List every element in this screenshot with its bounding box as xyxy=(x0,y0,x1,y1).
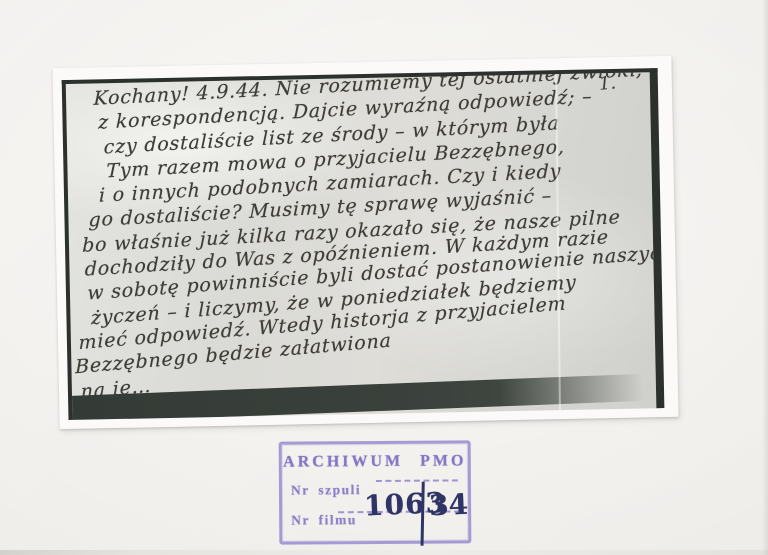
scan-bottom-edge xyxy=(0,550,768,555)
stamp-dotted-line xyxy=(376,479,458,482)
archive-stamp: ARCHIWUM PMO Nr szpuli Nr filmu 1063 34 xyxy=(279,440,472,544)
stamp-field-label-filmu: Nr filmu xyxy=(291,512,357,528)
scan-right-edge xyxy=(762,0,768,555)
stamp-title: ARCHIWUM PMO xyxy=(282,452,468,471)
film-number-right: 34 xyxy=(428,488,468,523)
photograph: Kochany! 4.9.44. Nie rozumiemy tej ostat… xyxy=(52,56,678,429)
page-number: 1. xyxy=(598,72,617,94)
scan-background: Kochany! 4.9.44. Nie rozumiemy tej ostat… xyxy=(0,0,768,555)
letter-image: Kochany! 4.9.44. Nie rozumiemy tej ostat… xyxy=(62,68,665,420)
handwriting-block: Kochany! 4.9.44. Nie rozumiemy tej ostat… xyxy=(73,68,649,404)
stamp-field-label-szpuli: Nr szpuli xyxy=(291,482,361,498)
